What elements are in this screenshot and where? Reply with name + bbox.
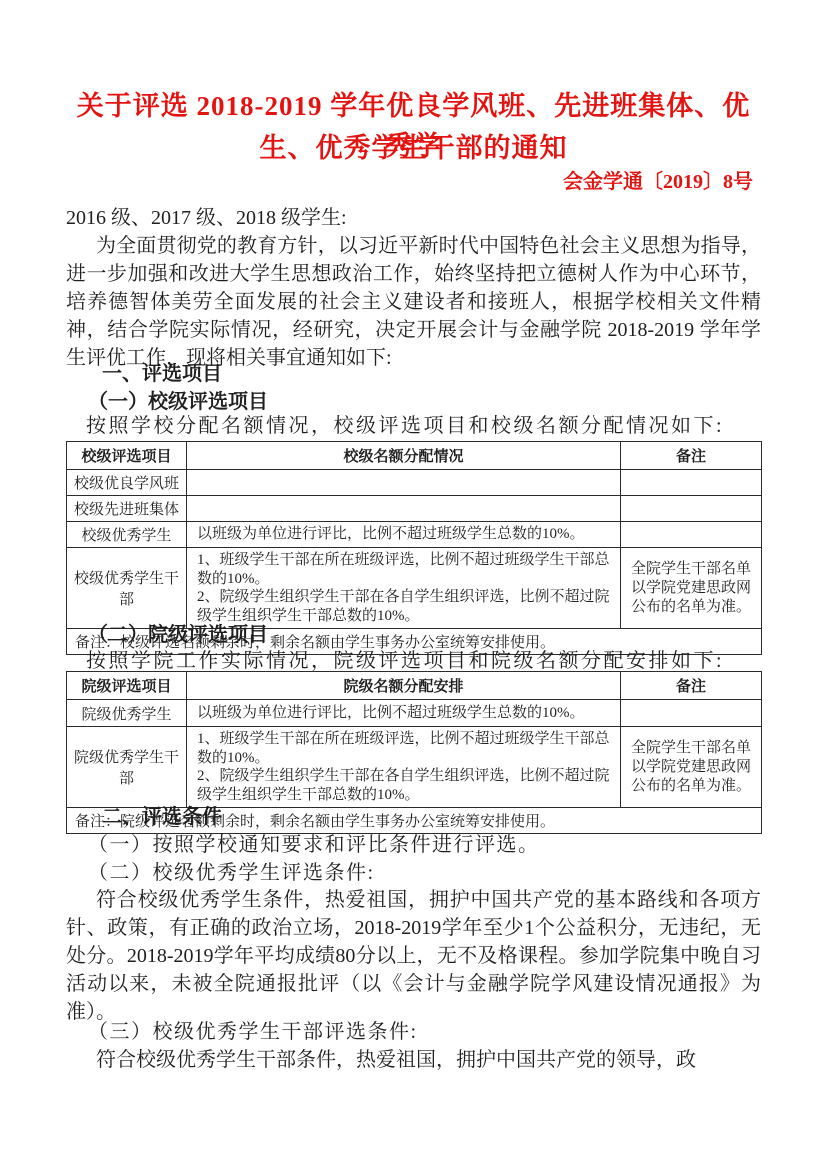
table-row: 校级优良学风班 — [67, 470, 762, 496]
table1-row2-allocation — [187, 496, 621, 522]
table2-header-allocation: 院级名额分配安排 — [187, 672, 621, 700]
table-row: 校级先进班集体 — [67, 496, 762, 522]
table1-row2-note — [621, 496, 762, 522]
section2-item2-body: 符合校级优秀学生条件，热爱祖国，拥护中国共产党的基本路线和各项方针、政策，有正确… — [66, 886, 761, 1026]
table1-row4-allocation: 1、班级学生干部在所在班级评选，比例不超过班级学生干部总数的10%。 2、院级学… — [187, 548, 621, 629]
section2-item3: （三）校级优秀学生干部评选条件: — [66, 1018, 761, 1046]
document-number: 会金学通〔2019〕8号 — [66, 167, 761, 197]
table1-row3-allocation: 以班级为单位进行评比，比例不超过班级学生总数的10%。 — [187, 522, 621, 548]
table1-row4-note: 全院学生干部名单以学院党建思政网公布的名单为准。 — [621, 548, 762, 629]
table2-row2-note: 全院学生干部名单以学院党建思政网公布的名单为准。 — [621, 727, 762, 808]
table1-header-item: 校级评选项目 — [67, 442, 187, 470]
table1-row1-item: 校级优良学风班 — [67, 470, 187, 496]
table2-row2-allocation: 1、班级学生干部在所在班级评选，比例不超过班级学生干部总数的10%。 2、院级学… — [187, 727, 621, 808]
table1-row3-item: 校级优秀学生 — [67, 522, 187, 548]
section2-item1: （一）按照学校通知要求和评比条件进行评选。 — [66, 831, 761, 859]
table1-row4-item: 校级优秀学生干部 — [67, 548, 187, 629]
table-row: 校级优秀学生 以班级为单位进行评比，比例不超过班级学生总数的10%。 — [67, 522, 762, 548]
table-header-row: 校级评选项目 校级名额分配情况 备注 — [67, 442, 762, 470]
table2-row1-item: 院级优秀学生 — [67, 700, 187, 727]
intro-paragraph: 为全面贯彻党的教育方针，以习近平新时代中国特色社会主义思想为指导，进一步加强和改… — [66, 232, 761, 372]
table1-row1-note — [621, 470, 762, 496]
table1-header-note: 备注 — [621, 442, 762, 470]
document-page: 关于评选 2018-2019 学年优良学风班、先进班集体、优秀学 生、优秀学生干… — [0, 0, 827, 1169]
table1-row3-note — [621, 522, 762, 548]
table-row: 院级优秀学生 以班级为单位进行评比，比例不超过班级学生总数的10%。 — [67, 700, 762, 727]
section2-heading: 二、评选条件 — [66, 803, 761, 831]
table1-row1-allocation — [187, 470, 621, 496]
table-row: 校级优秀学生干部 1、班级学生干部在所在班级评选，比例不超过班级学生干部总数的1… — [67, 548, 762, 629]
section2-item2: （二）校级优秀学生评选条件: — [66, 859, 761, 887]
section1-heading: 一、评选项目 — [66, 360, 761, 388]
table1-lead-sentence: 按照学校分配名额情况，校级评选项目和校级名额分配情况如下: — [66, 412, 761, 440]
table1-header-allocation: 校级名额分配情况 — [187, 442, 621, 470]
section2-item3-body: 符合校级优秀学生干部条件，热爱祖国，拥护中国共产党的领导，政 — [66, 1046, 761, 1074]
section1-sub2-heading: （二）院级评选项目 — [66, 621, 761, 649]
table2-header-item: 院级评选项目 — [67, 672, 187, 700]
table1-row2-item: 校级先进班集体 — [67, 496, 187, 522]
table-row: 院级优秀学生干部 1、班级学生干部在所在班级评选，比例不超过班级学生干部总数的1… — [67, 727, 762, 808]
table2-row1-allocation: 以班级为单位进行评比，比例不超过班级学生总数的10%。 — [187, 700, 621, 727]
table2-row1-note — [621, 700, 762, 727]
table-header-row: 院级评选项目 院级名额分配安排 备注 — [67, 672, 762, 700]
table2-row2-item: 院级优秀学生干部 — [67, 727, 187, 808]
table2-header-note: 备注 — [621, 672, 762, 700]
salutation: 2016 级、2017 级、2018 级学生: — [66, 204, 761, 232]
document-title-line-2: 生、优秀学生干部的通知 — [66, 128, 761, 168]
